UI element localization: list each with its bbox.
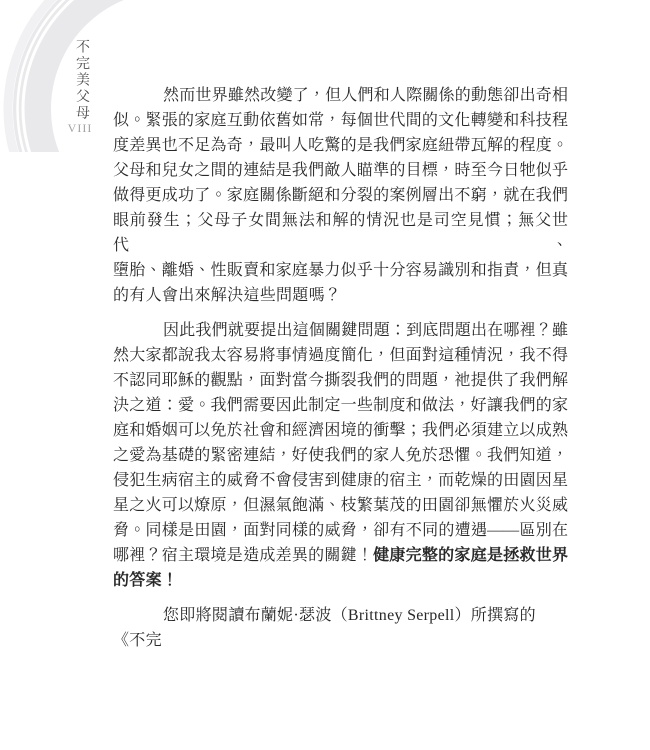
text-segment: 脅。同樣是田園，面對同樣的威脅，卻有不同的遭遇——區別在 [113,522,568,539]
paragraph: 因此我們就要提出這個關鍵問題：到底問題出在哪裡？雖然大家都說我太容易將事情過度簡… [113,318,568,593]
text-line: 庭和婚姻可以免於社會和經濟困境的衝擊；我們必須建立以成熟 [113,418,568,443]
text-segment: 之愛為基礎的緊密連結，好使我們的家人免於恐懼。我們知道， [113,447,568,464]
bold-text-segment: 的答案！ [113,572,178,589]
text-segment: 然而世界雖然改變了，但人們和人際關係的動態卻出奇相 [163,87,568,104]
text-line: 墮胎、離婚、性販賣和家庭暴力似乎十分容易識別和指責，但真 [113,258,568,283]
body-text: 然而世界雖然改變了，但人們和人際關係的動態卻出奇相似。緊張的家庭互動依舊如常，每… [113,83,568,653]
text-line: 然大家都說我太容易將事情過度簡化，但面對這種情況，我不得 [113,343,568,368]
text-segment: 父母和兒女之間的連結是我們敵人瞄準的目標，時至今日牠似乎 [113,162,568,179]
text-segment: 的有人會出來解決這些問題嗎？ [113,287,341,304]
text-segment: 因此我們就要提出這個關鍵問題：到底問題出在哪裡？雖 [163,322,568,339]
book-page: 不完美父母 VIII 然而世界雖然改變了，但人們和人際關係的動態卻出奇相似。緊張… [0,0,650,750]
text-line: 然而世界雖然改變了，但人們和人際關係的動態卻出奇相 [113,83,568,108]
text-segment: 眼前發生；父母子女間無法和解的情況也是司空見慣；無父世代、 [113,212,568,254]
text-segment: 墮胎、離婚、性販賣和家庭暴力似乎十分容易識別和指責，但真 [113,262,568,279]
text-segment: 侵犯生病宿主的威脅不會侵害到健康的宿主，而乾燥的田園因星 [113,472,568,489]
page-number: VIII [58,121,102,136]
text-segment: 度差異也不足為奇，最叫人吃驚的是我們家庭紐帶瓦解的程度。 [113,137,568,154]
text-line: 哪裡？宿主環境是造成差異的關鍵！健康完整的家庭是拯救世界 [113,543,568,568]
text-line: 您即將閱讀布蘭妮·瑟波（Brittney Serpell）所撰寫的《不完 [113,603,568,653]
text-line: 決之道：愛。我們需要因此制定一些制度和做法，好讓我們的家 [113,393,568,418]
text-segment: 做得更成功了。家庭關係斷絕和分裂的案例層出不窮，就在我們 [113,187,568,204]
text-segment: 不認同耶穌的觀點，面對當今撕裂我們的問題，祂提供了我們解 [113,372,568,389]
paragraph: 您即將閱讀布蘭妮·瑟波（Brittney Serpell）所撰寫的《不完 [113,603,568,653]
text-line: 做得更成功了。家庭關係斷絕和分裂的案例層出不窮，就在我們 [113,183,568,208]
text-segment: 庭和婚姻可以免於社會和經濟困境的衝擊；我們必須建立以成熟 [113,422,568,439]
bold-text-segment: 健康完整的家庭是拯救世界 [373,547,568,564]
text-line: 星之火可以燎原，但濕氣飽滿、枝繁葉茂的田園卻無懼於火災威 [113,493,568,518]
text-segment: 哪裡？宿主環境是造成差異的關鍵！ [113,547,373,564]
text-line: 的有人會出來解決這些問題嗎？ [113,283,568,308]
text-line: 不認同耶穌的觀點，面對當今撕裂我們的問題，祂提供了我們解 [113,368,568,393]
text-line: 父母和兒女之間的連結是我們敵人瞄準的目標，時至今日牠似乎 [113,158,568,183]
text-line: 似。緊張的家庭互動依舊如常，每個世代間的文化轉變和科技程 [113,108,568,133]
text-segment: 然大家都說我太容易將事情過度簡化，但面對這種情況，我不得 [113,347,568,364]
text-line: 因此我們就要提出這個關鍵問題：到底問題出在哪裡？雖 [113,318,568,343]
text-line: 眼前發生；父母子女間無法和解的情況也是司空見慣；無父世代、 [113,208,568,258]
text-segment: 星之火可以燎原，但濕氣飽滿、枝繁葉茂的田園卻無懼於火災威 [113,497,568,514]
text-line: 度差異也不足為奇，最叫人吃驚的是我們家庭紐帶瓦解的程度。 [113,133,568,158]
text-line: 之愛為基礎的緊密連結，好使我們的家人免於恐懼。我們知道， [113,443,568,468]
text-line: 脅。同樣是田園，面對同樣的威脅，卻有不同的遭遇——區別在 [113,518,568,543]
text-segment: 似。緊張的家庭互動依舊如常，每個世代間的文化轉變和科技程 [113,112,568,129]
text-line: 侵犯生病宿主的威脅不會侵害到健康的宿主，而乾燥的田園因星 [113,468,568,493]
text-line: 的答案！ [113,568,568,593]
book-title-vertical: 不完美父母 [71,39,91,122]
text-segment: 您即將閱讀布蘭妮·瑟波（Brittney Serpell）所撰寫的《不完 [113,607,536,649]
text-segment: 決之道：愛。我們需要因此制定一些制度和做法，好讓我們的家 [113,397,568,414]
paragraph: 然而世界雖然改變了，但人們和人際關係的動態卻出奇相似。緊張的家庭互動依舊如常，每… [113,83,568,308]
